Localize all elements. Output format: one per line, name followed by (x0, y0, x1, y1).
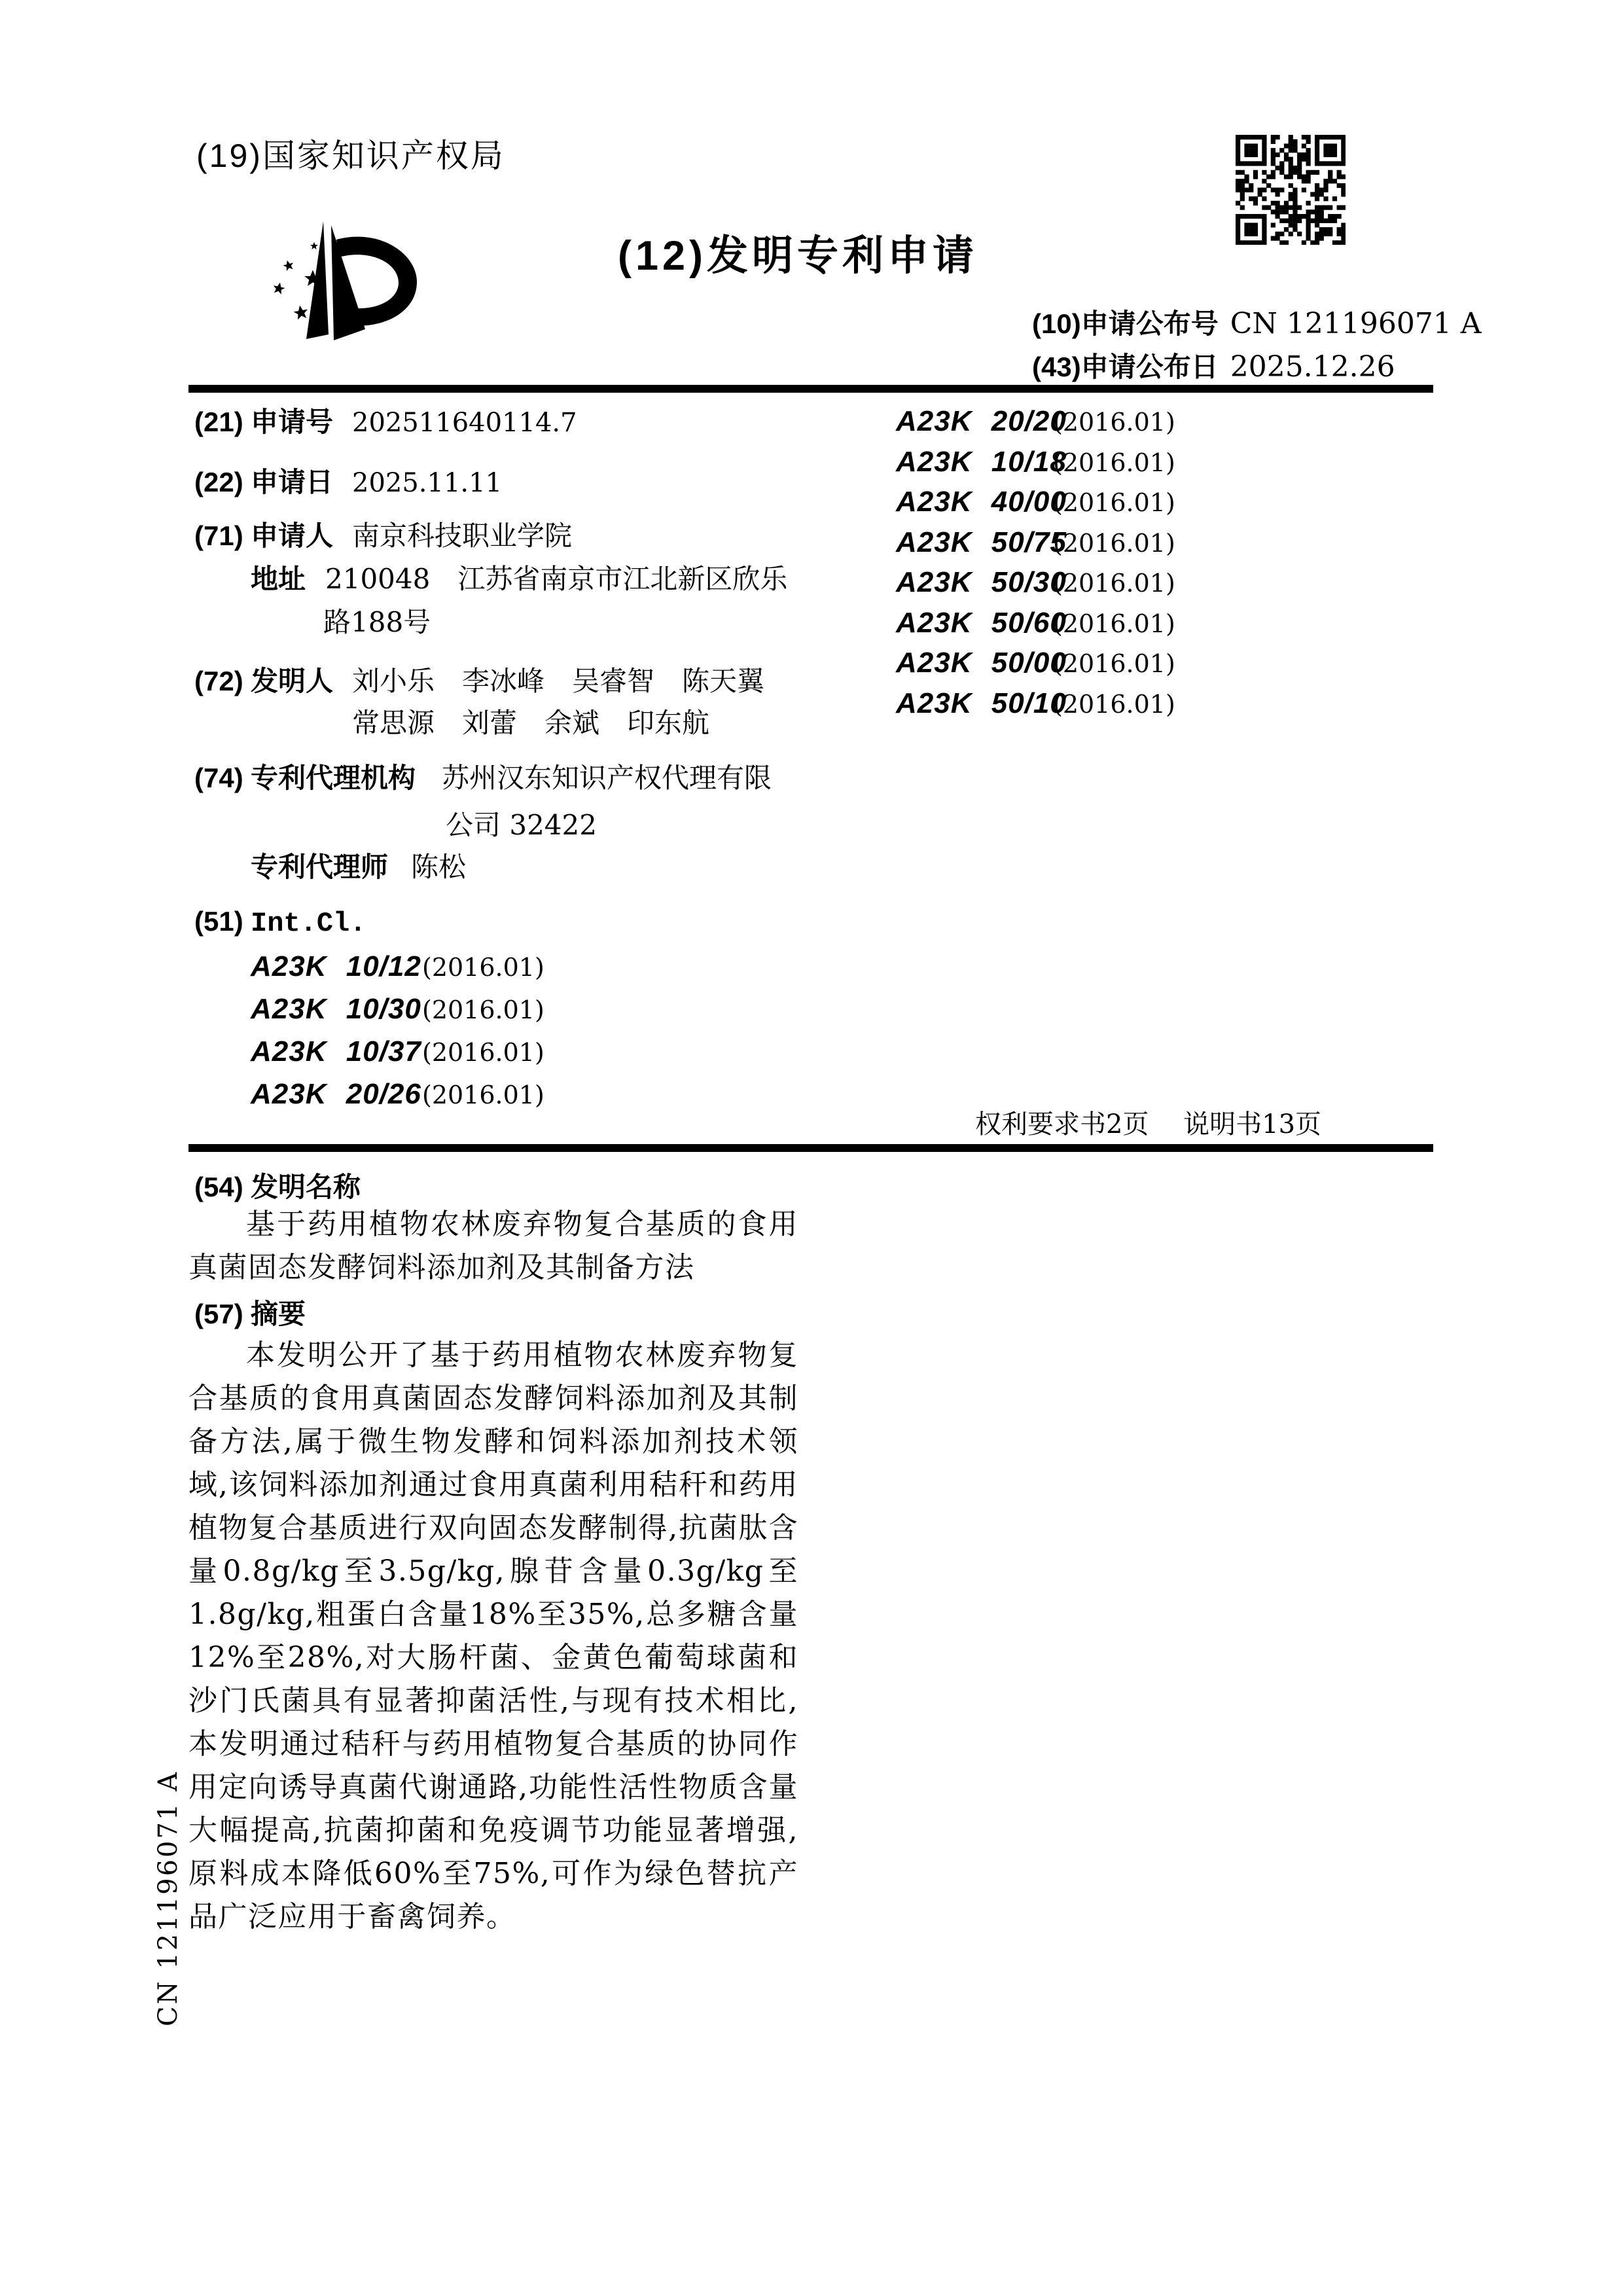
address-label: 地址 (251, 558, 325, 597)
classification-version: (2016.01) (1053, 569, 1175, 598)
cnipa-logo-icon (267, 220, 419, 340)
title-section-heading: (54)发明名称 (194, 1166, 361, 1205)
classification-version: (2016.01) (1053, 448, 1175, 477)
classification-entry: A23K 50/00(2016.01) (896, 643, 1175, 683)
intcl-row: (51)Int.Cl. (194, 906, 366, 939)
office-name: 国家知识产权局 (262, 137, 505, 174)
classification-version: (2016.01) (422, 996, 544, 1024)
agency-row2: 公司 32422 (446, 804, 597, 843)
pages-info: 权利要求书2页 说明书13页 (975, 1103, 1321, 1141)
intcl-list-right: A23K 20/20(2016.01) A23K 10/18(2016.01) … (896, 401, 1175, 723)
classification-code: A23K 50/75 (896, 522, 1053, 563)
classification-version: (2016.01) (422, 1081, 544, 1109)
agency-row: (74)专利代理机构苏州汉东知识产权代理有限 (194, 757, 772, 796)
doc-type-label: 发明专利申请 (707, 233, 978, 279)
office-line: (19)国家知识产权局 (196, 130, 505, 177)
abstract-section-code: (57) (194, 1299, 251, 1330)
classification-version: (2016.01) (422, 953, 544, 982)
agent-row: 专利代理师陈松 (251, 846, 466, 885)
section-divider (188, 1144, 1433, 1152)
sidebar-publication-id: CN 121196071 A (153, 1817, 183, 2026)
classification-entry: A23K 10/30(2016.01) (251, 988, 544, 1030)
classification-code: A23K 50/60 (896, 603, 1053, 643)
pub-date-label: 申请公布日 (1081, 351, 1219, 382)
intcl-code: (51) (194, 906, 251, 937)
pub-no-line: (10)申请公布号CN 121196071 A (1032, 302, 1482, 342)
app-no-value: 202511640114.7 (352, 408, 577, 438)
classification-code: A23K 40/00 (896, 482, 1053, 522)
classification-entry: A23K 10/18(2016.01) (896, 442, 1175, 482)
title-section-code: (54) (194, 1172, 251, 1203)
inventors-row: (72)发明人刘小乐 李冰峰 吴睿智 陈天翼 (194, 660, 764, 699)
classification-code: A23K 20/26 (251, 1073, 422, 1115)
title-section-label: 发明名称 (251, 1172, 361, 1202)
pub-no-code: (10) (1032, 308, 1081, 339)
app-no-code: (21) (194, 406, 251, 438)
classification-entry: A23K 10/12(2016.01) (251, 945, 544, 988)
classification-entry: A23K 50/75(2016.01) (896, 522, 1175, 563)
classification-code: A23K 10/12 (251, 945, 422, 988)
classification-version: (2016.01) (1053, 529, 1175, 558)
agent-value: 陈松 (411, 851, 466, 883)
abstract-text: 本发明公开了基于药用植物农林废弃物复合基质的食用真菌固态发酵饲料添加剂及其制备方… (188, 1334, 798, 1939)
classification-entry: A23K 50/60(2016.01) (896, 603, 1175, 643)
agency-line1: 苏州汉东知识产权代理有限 (442, 762, 772, 794)
applicant-row: (71)申请人南京科技职业学院 (194, 514, 572, 554)
applicant-code: (71) (194, 520, 251, 552)
classification-code: A23K 10/18 (896, 442, 1053, 482)
classification-code: A23K 50/10 (896, 683, 1053, 724)
agent-label: 专利代理师 (251, 846, 411, 885)
abstract-section-label: 摘要 (251, 1299, 306, 1329)
pub-no-value: CN 121196071 A (1230, 307, 1482, 340)
classification-entry: A23K 20/26(2016.01) (251, 1073, 544, 1115)
inventors-line1: 刘小乐 李冰峰 吴睿智 陈天翼 (352, 665, 764, 697)
app-date-label: 申请日 (251, 461, 352, 500)
applicant-address-row2: 路188号 (323, 601, 431, 640)
intcl-label: Int.Cl. (251, 908, 366, 939)
classification-entry: A23K 10/37(2016.01) (251, 1030, 544, 1073)
classification-version: (2016.01) (1053, 488, 1175, 517)
classification-version: (2016.01) (1053, 690, 1175, 719)
classification-code: A23K 20/20 (896, 401, 1053, 442)
classification-code: A23K 10/37 (251, 1030, 422, 1073)
classification-version: (2016.01) (1053, 649, 1175, 678)
classification-code: A23K 50/30 (896, 562, 1053, 603)
classification-entry: A23K 40/00(2016.01) (896, 482, 1175, 522)
inventors-label: 发明人 (251, 660, 352, 699)
office-code: (19) (196, 137, 262, 174)
application-number-row: (21)申请号202511640114.7 (194, 401, 577, 440)
app-date-code: (22) (194, 467, 251, 498)
application-date-row: (22)申请日2025.11.11 (194, 461, 502, 500)
classification-code: A23K 50/00 (896, 643, 1053, 683)
classification-entry: A23K 20/20(2016.01) (896, 401, 1175, 442)
inventors-line2: 常思源 刘蕾 余斌 印东航 (352, 707, 709, 739)
classification-version: (2016.01) (422, 1038, 544, 1067)
pub-date-code: (43) (1032, 351, 1081, 382)
invention-title: 基于药用植物农林废弃物复合基质的食用真菌固态发酵饲料添加剂及其制备方法 (188, 1203, 798, 1289)
classification-code: A23K 10/30 (251, 988, 422, 1030)
applicant-address-row: 地址210048 江苏省南京市江北新区欣乐 (251, 558, 787, 597)
pub-date-line: (43)申请公布日2025.12.26 (1032, 346, 1395, 385)
app-date-value: 2025.11.11 (352, 468, 502, 498)
agency-label: 专利代理机构 (251, 757, 442, 796)
inventors-code: (72) (194, 666, 251, 697)
abstract-section-heading: (57)摘要 (194, 1293, 306, 1332)
agency-code: (74) (194, 762, 251, 794)
header-divider (188, 385, 1433, 393)
classification-version: (2016.01) (1053, 408, 1175, 437)
doc-type-line: (12)发明专利申请 (618, 223, 978, 282)
classification-entry: A23K 50/10(2016.01) (896, 683, 1175, 724)
pub-date-value: 2025.12.26 (1230, 350, 1395, 384)
applicant-label: 申请人 (251, 514, 352, 554)
address-line1: 210048 江苏省南京市江北新区欣乐 (325, 563, 787, 595)
doc-type-code: (12) (618, 233, 707, 279)
address-line2: 路188号 (323, 606, 431, 638)
inventors-row2: 常思源 刘蕾 余斌 印东航 (352, 702, 709, 741)
intcl-list-left: A23K 10/12(2016.01) A23K 10/30(2016.01) … (251, 945, 544, 1115)
applicant-value: 南京科技职业学院 (352, 520, 572, 552)
app-no-label: 申请号 (251, 401, 352, 440)
qr-code (1236, 135, 1346, 245)
classification-version: (2016.01) (1053, 609, 1175, 638)
patent-front-page: (19)国家知识产权局 (12)发明专利申请 (10)申请公布号CN 1 (0, 0, 1623, 2296)
pub-no-label: 申请公布号 (1081, 308, 1219, 339)
classification-entry: A23K 50/30(2016.01) (896, 562, 1175, 603)
agency-line2: 公司 32422 (446, 809, 597, 841)
